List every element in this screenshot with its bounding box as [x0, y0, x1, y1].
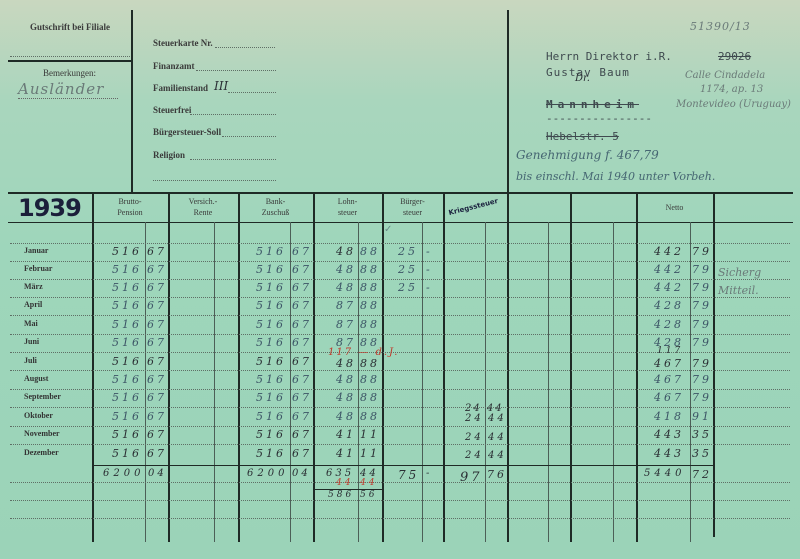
netto-mark: 443 — [654, 428, 684, 441]
brutto-pf: 67 — [147, 318, 167, 331]
buergersteuer-soll-field[interactable] — [222, 136, 276, 137]
total-bank-mark: 6200 — [247, 468, 288, 479]
year-label: 1939 — [18, 194, 81, 222]
brutto-pf: 67 — [147, 391, 167, 404]
col-label: Pension — [117, 208, 142, 217]
krieg-mark: 24 — [465, 450, 484, 461]
bank-pf: 67 — [292, 373, 312, 386]
lohn-pf: 11 — [360, 447, 380, 460]
juli-netto-note: 117 — [657, 346, 683, 356]
familienstand-field[interactable] — [228, 92, 276, 93]
finanzamt-field[interactable] — [196, 70, 276, 71]
krieg-mark: 24 — [465, 432, 484, 443]
familienstand-value: III — [214, 79, 228, 93]
col-versich-rente: Versich.-Rente — [168, 196, 238, 218]
bank-pf: 67 — [292, 318, 312, 331]
new-address-line1: Calle Cindadela — [685, 70, 765, 81]
subcol-line — [290, 222, 291, 542]
juli-red-note: 117 — d.J. — [328, 347, 399, 358]
brutto-pf: 67 — [147, 299, 167, 312]
netto-pf: 79 — [692, 299, 712, 312]
bank-mark: 516 — [256, 263, 286, 276]
city-struck: Mannheim — [546, 98, 639, 111]
finanzamt-label: Finanzamt — [153, 61, 195, 71]
brutto-mark: 516 — [112, 410, 142, 423]
col-line — [238, 192, 240, 542]
gutschrift-label: Gutschrift bei Filiale — [30, 22, 110, 32]
brutto-pf: 67 — [147, 336, 167, 349]
col-label: Brutto- — [118, 197, 141, 206]
month-label: Juni — [24, 337, 39, 346]
brutto-pf: 67 — [147, 263, 167, 276]
steuerkarte-label: Steuerkarte Nr. — [153, 38, 213, 48]
krieg-pf: 44 — [488, 413, 507, 424]
religion-label: Religion — [153, 150, 185, 160]
brutto-pf: 67 — [147, 281, 167, 294]
bank-mark: 516 — [256, 447, 286, 460]
col-label: Bank- — [266, 197, 286, 206]
netto-pf: 91 — [692, 410, 712, 423]
bank-mark: 516 — [256, 428, 286, 441]
extra-field[interactable] — [153, 180, 276, 181]
brutto-mark: 516 — [112, 373, 142, 386]
bank-mark: 516 — [256, 318, 286, 331]
month-label: Juli — [24, 356, 37, 365]
netto-mark: 467 — [654, 373, 684, 386]
total-krieg-mark: 97 — [460, 470, 483, 485]
brutto-mark: 516 — [112, 245, 142, 258]
approval-note-line2: bis einschl. Mai 1940 unter Vorbeh. — [516, 170, 715, 183]
lohn-pf: 88 — [360, 410, 380, 423]
netto-mark: 428 — [654, 299, 684, 312]
lohn-pf: 11 — [360, 428, 380, 441]
lohn-pf: 88 — [360, 391, 380, 404]
month-label: April — [24, 300, 42, 309]
krieg-pf: 44 — [488, 450, 507, 461]
bank-pf: 67 — [292, 410, 312, 423]
netto-mark: 442 — [654, 263, 684, 276]
lohn-mark: 48 — [336, 245, 356, 258]
check-mark-icon: ✓ — [384, 224, 392, 235]
gutschrift-line — [10, 56, 130, 57]
approval-note-line1: Genehmigung f. 467,79 — [516, 148, 659, 162]
month-label: September — [24, 392, 61, 401]
new-address-line3: Montevideo (Uruguay) — [676, 99, 791, 110]
bank-mark: 516 — [256, 299, 286, 312]
brutto-pf: 67 — [147, 355, 167, 368]
col-line — [168, 192, 170, 542]
month-label: Januar — [24, 246, 48, 255]
col-label: steuer — [338, 208, 357, 217]
bank-mark: 516 — [256, 373, 286, 386]
netto-pf: 79 — [692, 263, 712, 276]
lohn-mark: 48 — [336, 391, 356, 404]
top-divider-left — [131, 10, 133, 192]
lohn-pf: 88 — [360, 373, 380, 386]
col-label: Versich.- — [189, 197, 218, 206]
subcol-line — [548, 222, 549, 542]
month-label: August — [24, 374, 48, 383]
month-label: Mai — [24, 319, 38, 328]
buerger-pf: - — [426, 245, 433, 258]
netto-mark: 467 — [654, 391, 684, 404]
buergersteuer-soll-label: Bürgersteuer-Soll — [153, 127, 221, 137]
month-label: Oktober — [24, 411, 53, 420]
reference-number: 51390/13 — [690, 20, 751, 33]
total-lohn-net-pf: 56 — [360, 490, 377, 500]
total-brutto-mark: 6200 — [103, 468, 144, 479]
brutto-pf: 67 — [147, 447, 167, 460]
brutto-mark: 516 — [112, 391, 142, 404]
bank-pf: 67 — [292, 391, 312, 404]
tax-card-sheet: Gutschrift bei Filiale Bemerkungen: Ausl… — [0, 0, 800, 559]
brutto-pf: 67 — [147, 373, 167, 386]
netto-mark: 467 — [654, 357, 684, 370]
bank-mark: 516 — [256, 391, 286, 404]
col-line — [92, 192, 94, 542]
bank-mark: 516 — [256, 336, 286, 349]
totals-line — [92, 465, 714, 466]
col-label: Lohn- — [338, 197, 358, 206]
krieg-pf: 44 — [488, 432, 507, 443]
bank-mark: 516 — [256, 355, 286, 368]
lohn-mark: 41 — [336, 428, 356, 441]
lohn-mark: 48 — [336, 281, 356, 294]
margin-note-line2: Mitteil. — [718, 284, 759, 297]
margin-note-line1: Sicherg — [718, 266, 761, 279]
netto-pf: 79 — [692, 391, 712, 404]
brutto-mark: 516 — [112, 299, 142, 312]
address-dashes: ---------------- — [546, 112, 652, 125]
total-netto-mark: 5440 — [644, 468, 685, 479]
total-bank-pf: 04 — [292, 468, 311, 479]
lohn-mark: 41 — [336, 447, 356, 460]
subcol-line — [145, 222, 146, 542]
col-label: Bürger- — [400, 197, 425, 206]
krieg-mark: 24 — [465, 413, 484, 424]
total-krieg-pf: 76 — [487, 468, 507, 481]
bank-pf: 67 — [292, 263, 312, 276]
familienstand-label: Familienstand — [153, 83, 208, 93]
netto-pf: 35 — [692, 428, 712, 441]
col-bank-zuschuss: Bank-Zuschuß — [238, 196, 313, 218]
table-top-border — [8, 192, 793, 194]
bank-pf: 67 — [292, 299, 312, 312]
bank-pf: 67 — [292, 281, 312, 294]
bank-pf: 67 — [292, 428, 312, 441]
buerger-mark: 25 — [398, 245, 418, 258]
header-bottom-border — [8, 222, 793, 223]
street-struck: Hebelstr. 5 — [546, 130, 619, 143]
total-brutto-pf: 04 — [148, 468, 167, 479]
brutto-pf: 67 — [147, 410, 167, 423]
month-label: Dezember — [24, 448, 59, 457]
col-line — [570, 192, 572, 542]
bank-pf: 67 — [292, 355, 312, 368]
col-netto: Netto — [636, 202, 713, 213]
netto-pf: 79 — [692, 245, 712, 258]
lohn-pf: 88 — [360, 318, 380, 331]
col-brutto-pension: Brutto-Pension — [92, 196, 168, 218]
total-netto-pf: 72 — [692, 468, 712, 481]
steuerfrei-label: Steuerfrei — [153, 105, 191, 115]
steuerfrei-field[interactable] — [190, 114, 276, 115]
new-address-line2: 1174, ap. 13 — [700, 84, 763, 95]
religion-field[interactable] — [190, 159, 276, 160]
old-number: 29026 — [718, 50, 751, 63]
bank-pf: 67 — [292, 336, 312, 349]
netto-pf: 79 — [692, 357, 712, 370]
buerger-mark: 25 — [398, 263, 418, 276]
netto-pf: 79 — [692, 373, 712, 386]
month-label: Februar — [24, 264, 52, 273]
netto-mark: 428 — [654, 318, 684, 331]
brutto-mark: 516 — [112, 447, 142, 460]
brutto-mark: 516 — [112, 263, 142, 276]
subcol-line — [214, 222, 215, 542]
buerger-pf: - — [426, 263, 433, 276]
netto-pf: 35 — [692, 447, 712, 460]
lohn-mark: 48 — [336, 357, 356, 370]
subcol-line — [485, 222, 486, 542]
col-buergersteuer: Bürger-steuer — [382, 196, 443, 218]
month-label: November — [24, 429, 60, 438]
month-label: März — [24, 282, 43, 291]
netto-pf: 79 — [692, 281, 712, 294]
lohn-mark: 87 — [336, 299, 356, 312]
bank-mark: 516 — [256, 410, 286, 423]
steuerkarte-field[interactable] — [215, 47, 275, 48]
address-line1: Herrn Direktor i.R. — [546, 50, 672, 63]
col-label: Rente — [194, 208, 213, 217]
col-lohnsteuer: Lohn-steuer — [313, 196, 382, 218]
lohn-mark: 87 — [336, 318, 356, 331]
col-line — [443, 192, 445, 542]
lohn-mark: 48 — [336, 263, 356, 276]
gutschrift-divider — [8, 60, 132, 62]
total-buerger-pf: - — [426, 468, 432, 479]
title-note: Dr. — [575, 73, 590, 84]
total-lohn-red-pf: 44 — [360, 478, 377, 488]
col-label: Zuschuß — [262, 208, 290, 217]
total-lohn-red-mark: 44 — [336, 478, 353, 488]
bemerkungen-label: Bemerkungen: — [43, 68, 96, 78]
lohn-pf: 88 — [360, 245, 380, 258]
col-kriegssteuer: Kriegssteuer — [448, 197, 499, 217]
lohn-mark: 48 — [336, 410, 356, 423]
col-line — [636, 192, 638, 542]
netto-pf: 79 — [692, 336, 712, 349]
total-buerger-mark: 75 — [398, 468, 419, 482]
bank-pf: 67 — [292, 245, 312, 258]
lohn-mark: 48 — [336, 373, 356, 386]
lohn-pf: 88 — [360, 281, 380, 294]
subcol-line — [613, 222, 614, 542]
brutto-mark: 516 — [112, 336, 142, 349]
netto-mark: 418 — [654, 410, 684, 423]
brutto-mark: 516 — [112, 281, 142, 294]
bemerkungen-value: Ausländer — [18, 80, 118, 99]
subcol-line — [358, 222, 359, 542]
brutto-mark: 516 — [112, 428, 142, 441]
netto-mark: 442 — [654, 245, 684, 258]
subcol-line — [690, 222, 691, 542]
lohn-pf: 88 — [360, 299, 380, 312]
brutto-pf: 67 — [147, 428, 167, 441]
lohn-pf: 88 — [360, 263, 380, 276]
col-line — [507, 192, 509, 542]
netto-pf: 79 — [692, 318, 712, 331]
netto-mark: 443 — [654, 447, 684, 460]
lohn-pf: 88 — [360, 357, 380, 370]
bank-mark: 516 — [256, 245, 286, 258]
top-divider-right — [507, 10, 509, 192]
brutto-pf: 67 — [147, 245, 167, 258]
bank-mark: 516 — [256, 281, 286, 294]
netto-mark: 442 — [654, 281, 684, 294]
brutto-mark: 516 — [112, 355, 142, 368]
subcol-line — [422, 222, 423, 542]
total-lohn-net-mark: 586 — [328, 490, 354, 500]
brutto-mark: 516 — [112, 318, 142, 331]
buerger-pf: - — [426, 281, 433, 294]
buerger-mark: 25 — [398, 281, 418, 294]
bank-pf: 67 — [292, 447, 312, 460]
col-label: steuer — [403, 208, 422, 217]
